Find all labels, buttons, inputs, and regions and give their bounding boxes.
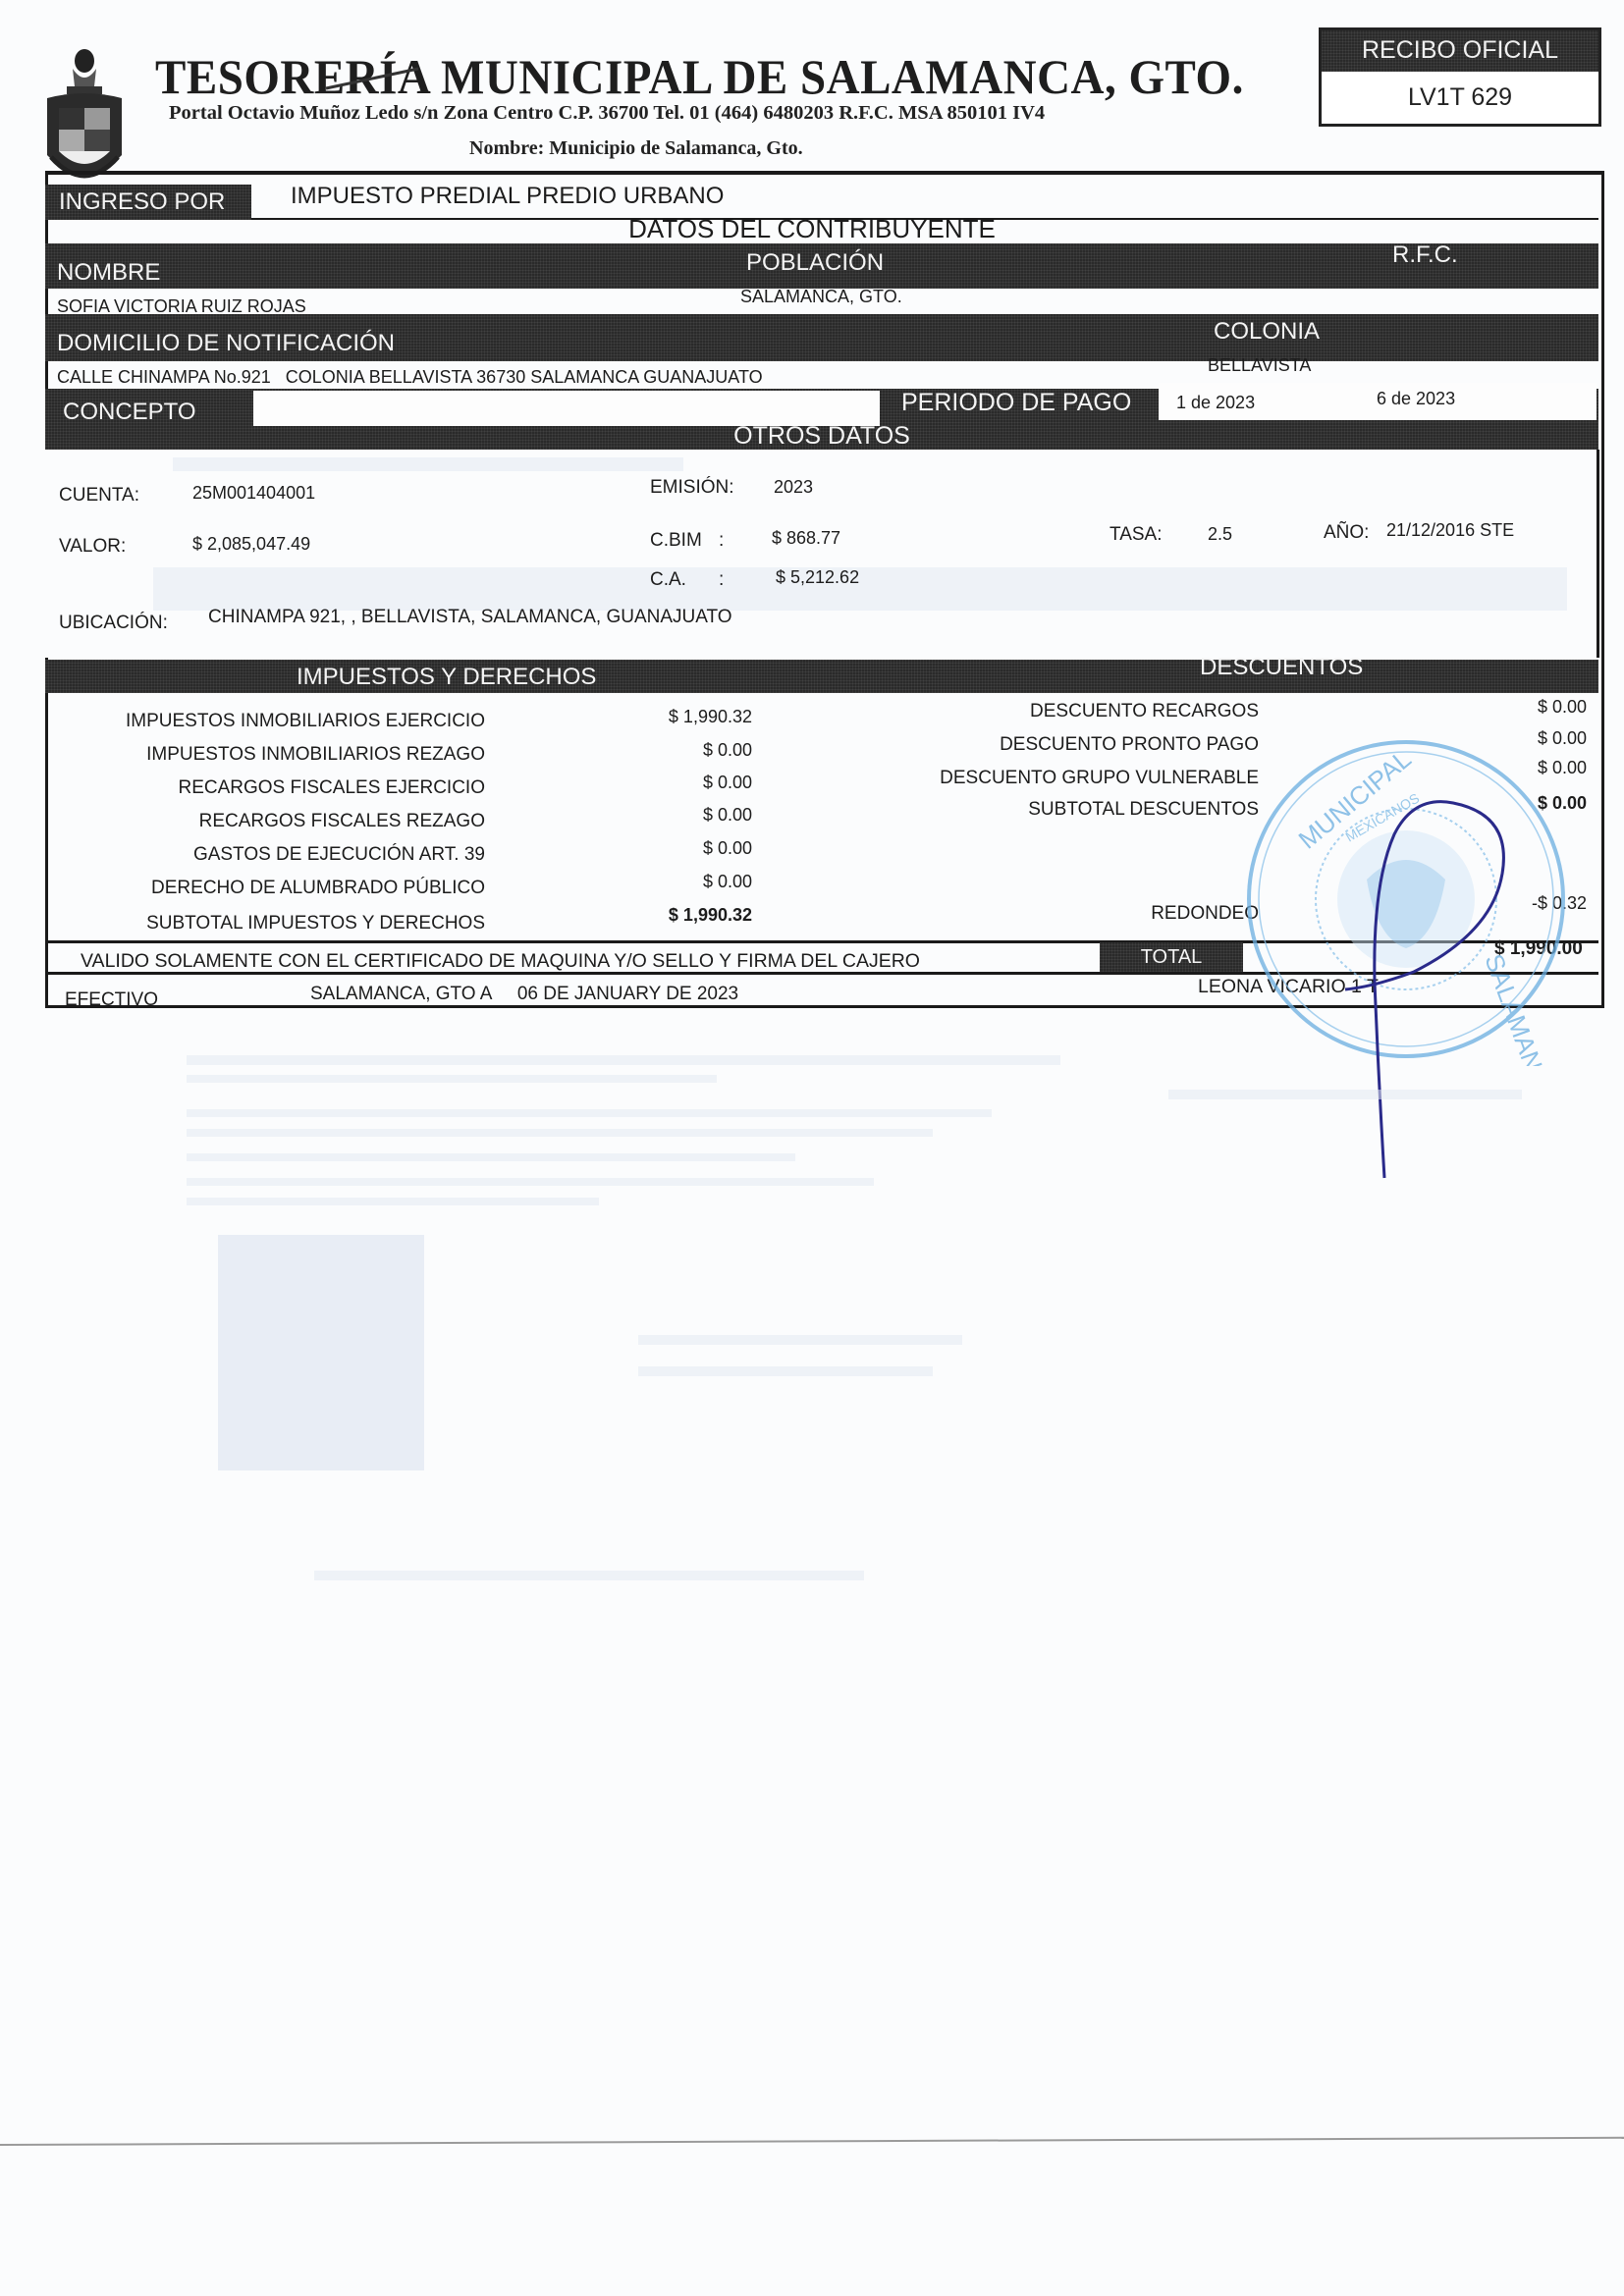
anio-label: AÑO:	[1324, 522, 1369, 544]
impuesto-value: $ 0.00	[703, 805, 752, 826]
nombre-label: NOMBRE	[57, 259, 160, 287]
cbim-value: $ 868.77	[772, 528, 840, 549]
periodo-value-cell: 1 de 2023 6 de 2023	[1159, 383, 1597, 420]
periodo-label: PERIODO DE PAGO	[901, 389, 1131, 417]
rfc-label: R.F.C.	[1392, 241, 1458, 269]
receipt-number: LV1T 629	[1322, 83, 1598, 112]
impuesto-label: IMPUESTOS INMOBILIARIOS EJERCICIO	[0, 711, 485, 732]
impuesto-value: $ 0.00	[703, 872, 752, 892]
impuestos-subtotal-label: SUBTOTAL IMPUESTOS Y DERECHOS	[0, 913, 485, 934]
cbim-label: C.BIM	[650, 530, 702, 552]
descuento-label: DESCUENTO GRUPO VULNERABLE	[866, 768, 1259, 789]
page-bottom-line	[0, 2137, 1624, 2146]
descuento-label: DESCUENTO RECARGOS	[866, 701, 1259, 722]
impuesto-value: $ 1,990.32	[669, 707, 752, 727]
colonia-label: COLONIA	[1214, 318, 1320, 346]
impuestos-title: IMPUESTOS Y DERECHOS	[297, 664, 596, 691]
anio-value: 21/12/2016 STE	[1386, 520, 1514, 541]
cuenta-value: 25M001404001	[192, 483, 315, 504]
otros-datos-title: OTROS DATOS	[45, 422, 1598, 451]
colonia-value: BELLAVISTA	[1208, 355, 1311, 376]
descuento-value: $ 0.00	[1538, 697, 1587, 718]
impuesto-label: RECARGOS FISCALES EJERCICIO	[0, 777, 485, 799]
place-date: SALAMANCA, GTO A 06 DE JANUARY DE 2023	[310, 984, 738, 1005]
validity-note: VALIDO SOLAMENTE CON EL CERTIFICADO DE M…	[81, 950, 920, 973]
impuestos-descuentos-bar: IMPUESTOS Y DERECHOS DESCUENTOS	[45, 660, 1598, 693]
receipt-label-bar: RECIBO OFICIAL	[1322, 30, 1598, 72]
tasa-value: 2.5	[1208, 524, 1232, 545]
contribuyente-section-title: DATOS DEL CONTRIBUYENTE	[0, 214, 1624, 244]
signature-icon	[1335, 785, 1532, 1198]
concepto-value-cell	[253, 391, 880, 426]
receipt-number-box: RECIBO OFICIAL LV1T 629	[1319, 27, 1601, 127]
ubicacion-label: UBICACIÓN:	[59, 613, 168, 634]
poblacion-value: SALAMANCA, GTO.	[740, 287, 902, 307]
ca-label: C.A.	[650, 569, 686, 591]
contribuyente-header-bar: NOMBRE POBLACIÓN R.F.C.	[45, 243, 1598, 289]
impuesto-label: GASTOS DE EJECUCIÓN ART. 39	[0, 844, 485, 866]
emision-value: 2023	[774, 477, 813, 498]
impuesto-value: $ 0.00	[703, 838, 752, 859]
periodo-fin: 6 de 2023	[1377, 389, 1455, 409]
ingreso-value: IMPUESTO PREDIAL PREDIO URBANO	[291, 183, 724, 210]
ubicacion-value: CHINAMPA 921, , BELLAVISTA, SALAMANCA, G…	[208, 607, 732, 628]
impuestos-list: IMPUESTOS INMOBILIARIOS EJERCICIO $ 1,99…	[45, 707, 752, 942]
domicilio-label: DOMICILIO DE NOTIFICACIÓN	[57, 330, 395, 357]
domicilio-value: CALLE CHINAMPA No.921 COLONIA BELLAVISTA…	[57, 367, 763, 388]
descuentos-subtotal-label: SUBTOTAL DESCUENTOS	[866, 799, 1259, 821]
impuesto-label: DERECHO DE ALUMBRADO PÚBLICO	[0, 878, 485, 899]
strike-mark-icon	[324, 63, 422, 92]
concepto-bar: CONCEPTO PERIODO DE PAGO 1 de 2023 6 de …	[45, 389, 1598, 450]
cbim-colon: :	[719, 530, 724, 552]
domicilio-header-bar: DOMICILIO DE NOTIFICACIÓN COLONIA	[45, 314, 1598, 361]
ca-colon: :	[719, 569, 724, 591]
ingreso-label: INGRESO POR	[59, 188, 225, 216]
descuento-label: DESCUENTO PRONTO PAGO	[866, 734, 1259, 756]
address-line: Portal Octavio Muñoz Ledo s/n Zona Centr…	[169, 102, 1045, 125]
page-title: TESORERÍA MUNICIPAL DE SALAMANCA, GTO.	[155, 50, 1244, 106]
impuesto-label: IMPUESTOS INMOBILIARIOS REZAGO	[0, 744, 485, 766]
periodo-inicio: 1 de 2023	[1176, 393, 1255, 413]
impuesto-value: $ 0.00	[703, 740, 752, 761]
cuenta-label: CUENTA:	[59, 485, 139, 507]
tasa-label: TASA:	[1110, 524, 1163, 546]
descuentos-title: DESCUENTOS	[1200, 654, 1363, 681]
total-label-cell: TOTAL	[1100, 942, 1243, 972]
impuestos-subtotal-value: $ 1,990.32	[669, 905, 752, 926]
receipt-label: RECIBO OFICIAL	[1322, 36, 1598, 65]
municipality-name: Nombre: Municipio de Salamanca, Gto.	[469, 137, 803, 160]
total-label: TOTAL	[1100, 946, 1243, 969]
impuesto-value: $ 0.00	[703, 773, 752, 793]
poblacion-label: POBLACIÓN	[746, 249, 884, 277]
impuesto-label: RECARGOS FISCALES REZAGO	[0, 811, 485, 832]
redondeo-label: REDONDEO	[866, 903, 1259, 925]
ca-value: $ 5,212.62	[776, 567, 859, 588]
payment-method: EFECTIVO	[65, 989, 158, 1011]
emision-label: EMISIÓN:	[650, 477, 734, 499]
valor-value: $ 2,085,047.49	[192, 534, 310, 555]
valor-label: VALOR:	[59, 536, 126, 558]
